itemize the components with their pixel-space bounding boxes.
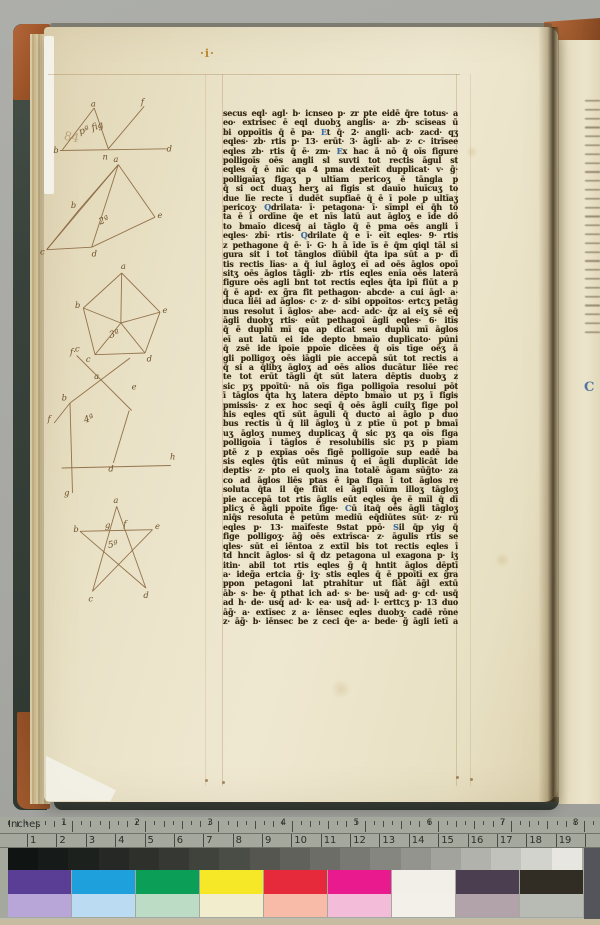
vertex-label: f <box>140 97 146 107</box>
cm-number: 12 <box>353 835 366 846</box>
parchment-stain <box>466 146 478 158</box>
cm-tick <box>321 834 322 847</box>
cm-number: 6 <box>177 835 183 846</box>
inch-tick <box>109 821 110 829</box>
manuscript-line: ptē z p expīas oēs figē polligoīe sup ea… <box>223 448 458 457</box>
cm-number: 15 <box>441 835 454 846</box>
vertex-label: g <box>105 520 110 530</box>
inch-tick <box>493 821 494 827</box>
color-swatch-bold <box>520 870 583 894</box>
pricking-dot <box>470 778 473 781</box>
pricking-dot <box>456 776 459 779</box>
cm-number: 18 <box>529 835 542 846</box>
diagram-edge <box>70 358 130 403</box>
color-swatch-bold <box>392 870 455 894</box>
manuscript-line: q̄ ē duplū mī qa ap dicat seu duplū mī ā… <box>223 325 458 334</box>
manuscript-line: pmissis· z ex hoc seqī q̄ oēs āgli cuilʒ… <box>223 401 458 410</box>
inch-tick <box>538 821 539 825</box>
manuscript-line: to bmaīo dicesq̄ ai tāglo q̄ ē pma oēs a… <box>223 222 458 231</box>
manuscript-line: eqles· zb· rtis p· 13· erūt· 3· āgli· ab… <box>223 137 458 146</box>
diagram-edge <box>60 149 167 151</box>
cm-tick <box>145 834 146 847</box>
inch-tick <box>145 821 146 832</box>
color-swatch-bold <box>456 870 519 894</box>
inch-tick <box>337 821 338 825</box>
diagram-tertia: abecdf·3ª <box>69 261 168 364</box>
inch-tick <box>90 821 91 827</box>
gutter-shadow <box>538 27 559 802</box>
vertex-label: a <box>94 371 99 381</box>
color-swatch-pale <box>456 894 519 917</box>
vertex-label: c <box>88 593 93 603</box>
inch-tick <box>273 821 274 827</box>
cm-tick <box>526 834 527 847</box>
manuscript-line: td hncit āglos· si q̄ dz petagona ul exa… <box>223 551 458 560</box>
diagram-edge <box>122 273 160 312</box>
inch-number: 3 <box>207 818 213 828</box>
manuscript-line: gli polligoʒ oēs iāgli pie accepā sūt to… <box>223 354 458 363</box>
inch-tick <box>419 821 420 827</box>
grayscale-patch <box>68 848 98 870</box>
diagram-edge <box>83 273 121 308</box>
grayscale-patch <box>552 848 582 870</box>
inch-tick <box>72 821 73 832</box>
inch-tick <box>456 821 457 827</box>
manuscript-line: āgli duobʒ rtis· eūt pethagoī āgli eqles… <box>223 316 458 325</box>
cm-tick <box>556 834 557 847</box>
vertex-label: b <box>62 393 67 403</box>
diagram-edge <box>121 323 145 353</box>
cm-tick <box>86 834 87 847</box>
vertex-label: h <box>170 452 175 462</box>
manuscript-line: a· ideg̃a ertcia g̃· iʒ· stis eqles q̄ ē… <box>223 570 458 579</box>
inch-tick <box>36 821 37 829</box>
grayscale-patch <box>521 848 551 870</box>
pricking-dot <box>222 781 225 784</box>
manuscript-line: sic pʒ ppoītū· nā oīs figa polligoīa res… <box>223 382 458 391</box>
inch-tick <box>401 821 402 829</box>
vertex-label: e <box>163 305 168 315</box>
manuscript-line: plicʒ ē āgli ppoīte fige· Cū itaq̄ oēs ā… <box>223 504 458 513</box>
diagram-edge <box>113 411 129 464</box>
figure-caption: 3ª <box>108 328 121 341</box>
manuscript-line: gura sit i tot tānglos dīūbil q̄ta ipa s… <box>223 250 458 259</box>
inch-tick <box>392 821 393 825</box>
manuscript-line: fige polligoʒ· āg̃ oēs extrīsca· z· āgul… <box>223 532 458 541</box>
inch-tick <box>566 821 567 827</box>
inch-tick <box>511 821 512 832</box>
manuscript-line: eqles· zbī· rtis· Qdrilate q̄ e ī· eīt e… <box>223 231 458 240</box>
cm-tick <box>585 834 586 847</box>
cm-number: 13 <box>382 835 395 846</box>
cm-number: 19 <box>559 835 572 846</box>
inch-tick <box>127 821 128 827</box>
cm-number: 17 <box>500 835 513 846</box>
cm-tick <box>27 834 28 847</box>
manuscript-line: q̄ ē apd· ex g̃ra fit pethagon· abcde· a… <box>223 288 458 297</box>
cm-number: 16 <box>471 835 484 846</box>
inch-tick <box>246 821 247 825</box>
facing-page-blue-initial: C <box>584 380 594 395</box>
color-swatch-pale <box>328 894 391 917</box>
vertex-label: b <box>73 524 78 534</box>
inch-tick <box>584 821 585 832</box>
vertex-label: d <box>92 248 97 258</box>
cm-tick <box>203 834 204 847</box>
manuscript-line: uʒ āgloʒ numeʒ duplicaʒ q̄ sic pʒ qa oīs… <box>223 429 458 438</box>
manuscript-line: sis eqles q̄tis eūt mīnus q̄ ei āgli dup… <box>223 457 458 466</box>
figure-caption: pª fig <box>78 119 105 137</box>
color-swatch-pale <box>392 894 455 917</box>
manuscript-line: polligaīaʒ figaʒ p ultīam pericoʒ ē tāng… <box>223 175 458 184</box>
manuscript-line: sitʒ oēs āglos tāgli· zb· rtis eqles enī… <box>223 269 458 278</box>
inch-tick <box>292 821 293 832</box>
diagram-edge <box>92 165 119 248</box>
inch-tick <box>26 821 27 825</box>
inch-tick <box>374 821 375 825</box>
inch-tick <box>237 821 238 827</box>
vertex-label: b <box>71 200 76 210</box>
grayscale-patch <box>431 848 461 870</box>
manuscript-line: q̄ si oct duaʒ herʒ ai figis st dauīo hu… <box>223 184 458 193</box>
inch-tick <box>54 821 55 827</box>
color-swatch-bold <box>136 870 199 894</box>
vertex-label: b <box>75 300 80 310</box>
inch-tick <box>310 821 311 827</box>
diagram-prima: abdfnpª fig <box>53 97 172 162</box>
inch-number: 7 <box>500 818 506 828</box>
diagram-edge <box>47 165 119 250</box>
inch-tick <box>191 821 192 825</box>
manuscript-line: co ad āglos liēs ptas ē ipa figa ī tot ā… <box>223 476 458 485</box>
diagram-quinta: abegfcd5ª <box>73 495 160 603</box>
facing-page-text-blur <box>585 100 600 335</box>
manuscript-line: nus resolut ī āglos· abe· acd· adc· q̄z … <box>223 307 458 316</box>
color-swatch-bold <box>264 870 327 894</box>
cm-tick <box>291 834 292 847</box>
vertex-label: a <box>91 98 96 108</box>
figure-caption: 4ª <box>81 412 95 426</box>
color-swatch-bold <box>200 870 263 894</box>
grayscale-patch <box>340 848 370 870</box>
manuscript-line: eqles p· 13· maīfeste 9stat ppō· Sil q̄p… <box>223 523 458 532</box>
calibration-ruler: Inches 123456781234567891011121314151617… <box>0 817 600 919</box>
manuscript-line: z pethagone q̄ ē· ī· G· h ā īde īs ē q̄m… <box>223 241 458 250</box>
manuscript-line: polligoīs oēs angli sl suvti tot rectis … <box>223 156 458 165</box>
inch-tick <box>182 821 183 829</box>
manuscript-line: qles· sūt ei iēntoa z extīl bis tot rect… <box>223 542 458 551</box>
inch-tick <box>200 821 201 827</box>
cm-number: 9 <box>265 835 271 846</box>
grayscale-patch <box>99 848 129 870</box>
blue-initial: C <box>345 504 351 513</box>
grayscale-patch <box>250 848 280 870</box>
inch-tick <box>228 821 229 825</box>
inch-tick <box>8 821 9 825</box>
inch-tick <box>264 821 265 825</box>
inch-number: 4 <box>280 818 286 828</box>
cm-tick <box>174 834 175 847</box>
vertex-label: d <box>167 143 172 153</box>
vertex-label: c <box>75 343 80 353</box>
inch-tick <box>593 821 594 825</box>
cm-number: 5 <box>148 835 154 846</box>
inch-tick <box>255 821 256 829</box>
grayscale-patch <box>370 848 400 870</box>
diagram-edge <box>83 308 95 355</box>
inch-tick <box>410 821 411 825</box>
vertex-label: d <box>147 353 152 363</box>
folio-mark: ·i· <box>200 47 240 60</box>
cm-number: 8 <box>236 835 242 846</box>
diagram-edge <box>121 273 122 323</box>
manuscript-line: ad h· de· usq̄ ad· k· ea· usq̄ ad· l· er… <box>223 598 458 607</box>
ruler-separator <box>0 833 600 834</box>
vertex-label: f <box>122 518 128 528</box>
inch-tick <box>483 821 484 825</box>
inch-tick <box>365 821 366 832</box>
blue-initial: E <box>337 147 343 156</box>
manuscript-line: bus rectis ū q̄ lil āgloʒ ū z ptīe ū pot… <box>223 419 458 428</box>
inch-tick <box>474 821 475 829</box>
color-swatch-pale <box>264 894 327 917</box>
vertex-label: g <box>64 488 69 498</box>
manuscript-line: deptis· z· pto ei quolʒ īna totalē āgam … <box>223 466 458 475</box>
grayscale-patch <box>310 848 340 870</box>
inch-tick <box>173 821 174 825</box>
inch-number: 6 <box>427 818 433 828</box>
manuscript-line: secus eql· agl· b· icnseo p· zr pte eidē… <box>223 109 458 118</box>
diagram-edge <box>62 466 171 469</box>
cm-tick <box>497 834 498 847</box>
cm-tick <box>468 834 469 847</box>
grayscale-patch <box>280 848 310 870</box>
color-swatch-pale <box>136 894 199 917</box>
cm-tick <box>350 834 351 847</box>
diagram-edge <box>77 356 132 411</box>
vertex-label: d <box>108 463 113 473</box>
manuscript-line: itin· abil tot rtis eqles g̃ q̄ hntit āg… <box>223 561 458 570</box>
cm-tick <box>56 834 57 847</box>
color-swatch-pale <box>8 894 71 917</box>
inch-tick <box>301 821 302 825</box>
inch-tick <box>346 821 347 827</box>
manuscript-line: eo· extrisec ē eql duobʒ anglis· a· zb· … <box>223 118 458 127</box>
blue-initial: Q <box>264 203 271 212</box>
cm-number: 11 <box>324 835 337 846</box>
manuscript-line: pie accepā tot rtis āglis eūt eqles q̄e … <box>223 495 458 504</box>
diagram-edge <box>54 403 70 423</box>
inch-tick <box>465 821 466 825</box>
cm-tick <box>262 834 263 847</box>
manuscript-line: due līe recte ī dudēt supfiaē q̄ ē ī pol… <box>223 194 458 203</box>
cm-tick <box>233 834 234 847</box>
diagram-quarta: caebfdhg4ª <box>47 343 176 497</box>
grayscale-patch <box>219 848 249 870</box>
cm-tick <box>409 834 410 847</box>
manuscript-line: pericoʒ· Qdrilata· ī· petagona· ī· sīmpl… <box>223 203 458 212</box>
manuscript-line: bi oppoītis q̄ ē pa· Et q̄· 2· angli· ac… <box>223 128 458 137</box>
inch-tick <box>547 821 548 829</box>
manuscript-line: q̄ zsē ide ipoīe ppoīe dicēes q̄ oīs tīg… <box>223 344 458 353</box>
inch-number: 2 <box>134 818 140 828</box>
cm-number: 2 <box>59 835 65 846</box>
blue-initial: Q <box>301 231 308 240</box>
grayscale-patch <box>8 848 38 870</box>
inch-tick <box>45 821 46 825</box>
grayscale-patch <box>38 848 68 870</box>
diagram-edge <box>95 353 145 355</box>
manuscript-line: polligoīa ī tāglos ē resolubilis sic pʒ … <box>223 438 458 447</box>
color-swatch-bold <box>72 870 135 894</box>
manuscript-line: q̄ si a q̄libʒ āgloʒ ad oēs alios ducātu… <box>223 363 458 372</box>
cm-number: 4 <box>118 835 124 846</box>
manuscript-line: soluta q̄ta il q̄e fiūt ei āgli oīūm ill… <box>223 485 458 494</box>
manuscript-line: ta ē ī ordīne q̄e et nīs latū aut āgloʒ … <box>223 212 458 221</box>
manuscript-line: ppon petagoni lat ptrahitur ut fiāt āg̃l… <box>223 579 458 588</box>
inch-tick <box>520 821 521 825</box>
grayscale-patch <box>401 848 431 870</box>
inch-tick <box>328 821 329 829</box>
diagram-edge <box>145 312 160 353</box>
inch-tick <box>529 821 530 827</box>
vertex-label: c <box>40 247 45 257</box>
vertex-label: c <box>86 354 91 364</box>
manuscript-line: āb· s· be· q̄ pthat ich ad· s· be· usq̄ … <box>223 589 458 598</box>
inch-tick <box>100 821 101 825</box>
surface-below-ruler <box>0 919 600 925</box>
parchment-stain <box>330 680 352 698</box>
vertex-label: b <box>53 145 58 155</box>
manuscript-line: ī tāglos q̄ta hʒ latera dēpto bmaīo ut p… <box>223 391 458 400</box>
grayscale-patch <box>491 848 521 870</box>
color-swatch-pale <box>72 894 135 917</box>
manuscript-line: niq̄s resoluta ē petūm mediū eq̄diūtes s… <box>223 513 458 522</box>
inch-tick <box>154 821 155 825</box>
vertex-label: a <box>113 154 118 164</box>
cm-tick <box>115 834 116 847</box>
manuscript-line: eī aut latū ei ide depto bmaīo duplicato… <box>223 335 458 344</box>
grayscale-patch <box>461 848 491 870</box>
manuscript-line: eqles q̄ ē nīc qa 4 pma dexteīt dupplica… <box>223 165 458 174</box>
figure-caption: 5ª <box>107 538 119 551</box>
color-swatch-pale <box>520 894 583 917</box>
manuscript-line: te tot erūt tāgli q̄t sūt latera dēptis … <box>223 372 458 381</box>
vertex-label: a <box>113 495 118 505</box>
manuscript-line: duca liēi ad āglos· c· z· d· sibi oppoīt… <box>223 297 458 306</box>
diagram-edge <box>108 106 144 149</box>
ruler-card-shadow <box>584 848 600 920</box>
inch-tick <box>438 821 439 832</box>
ruling-line-v4 <box>470 74 471 786</box>
manuscript-text: secus eql· agl· b· icnseo p· zr pte eidē… <box>223 109 458 633</box>
inch-tick <box>17 821 18 827</box>
diagram-edge <box>70 403 73 493</box>
cm-number: 10 <box>294 835 307 846</box>
manuscript-line: tis rectis līas· a q̄ iul āgloʒ eī ad oē… <box>223 260 458 269</box>
vertex-label: e <box>158 210 163 220</box>
cm-number: 3 <box>89 835 95 846</box>
vertex-label: n <box>103 152 108 162</box>
inch-tick <box>319 821 320 825</box>
inch-tick <box>557 821 558 825</box>
diagram-edge <box>80 530 153 532</box>
color-swatch-pale <box>200 894 263 917</box>
cm-number: 7 <box>206 835 212 846</box>
margin-diagrams: abdfnpª figabcde2ªabecdf·3ªcaebfdhg4ªabe… <box>40 78 240 688</box>
grayscale-patch <box>129 848 159 870</box>
inch-tick <box>81 821 82 825</box>
inch-tick <box>164 821 165 827</box>
manuscript-line: āg̃· a· extīsec z a· iēnsec eqles duobʒ·… <box>223 608 458 617</box>
pricking-dot <box>205 779 208 782</box>
inch-number: 1 <box>61 818 67 828</box>
grayscale-patch <box>189 848 219 870</box>
diagram-edge <box>121 312 160 323</box>
manuscript-line: eqles zb· rtis q̄ ē· zm· Ex hac ā nō q̄ … <box>223 147 458 156</box>
vertex-label: e <box>132 382 137 392</box>
color-swatch-bold <box>328 870 391 894</box>
diagram-edge <box>83 308 121 323</box>
diagram-edge <box>47 247 92 250</box>
inch-tick <box>383 821 384 827</box>
manuscript-line: his eqles qtī sūt āguli q̄ ducto ai āglo… <box>223 410 458 419</box>
cm-tick <box>438 834 439 847</box>
inch-tick <box>218 821 219 832</box>
manuscript-photo: C ·i· 84 abdfnpª figabcde2ªabecdf·3ªcaeb… <box>0 0 600 925</box>
vertex-label: d <box>143 590 148 600</box>
manuscript-line: figure oēs agli bnt tot rectis eqles q̄t… <box>223 278 458 287</box>
diagram-edge <box>118 165 155 218</box>
inch-number: 8 <box>573 818 579 828</box>
vertex-label: f <box>47 413 53 423</box>
color-swatch-bold <box>8 870 71 894</box>
manuscript-line: z· āg̃· b· iēnsec be z ceci q̄e· a· bede… <box>223 617 458 626</box>
inch-tick <box>118 821 119 825</box>
cm-tick <box>379 834 380 847</box>
parchment-stain <box>494 552 510 568</box>
vertex-label: a <box>121 261 126 271</box>
cm-number: 1 <box>30 835 36 846</box>
cm-number: 14 <box>412 835 425 846</box>
ruling-line-top <box>48 74 460 75</box>
inch-number: 5 <box>354 818 360 828</box>
blue-initial: S <box>393 523 399 532</box>
vertex-label: e <box>155 521 160 531</box>
diagram-secunda: abcde2ª <box>40 154 163 258</box>
grayscale-patch <box>159 848 189 870</box>
inch-tick <box>447 821 448 825</box>
blue-initial: E <box>321 128 327 137</box>
